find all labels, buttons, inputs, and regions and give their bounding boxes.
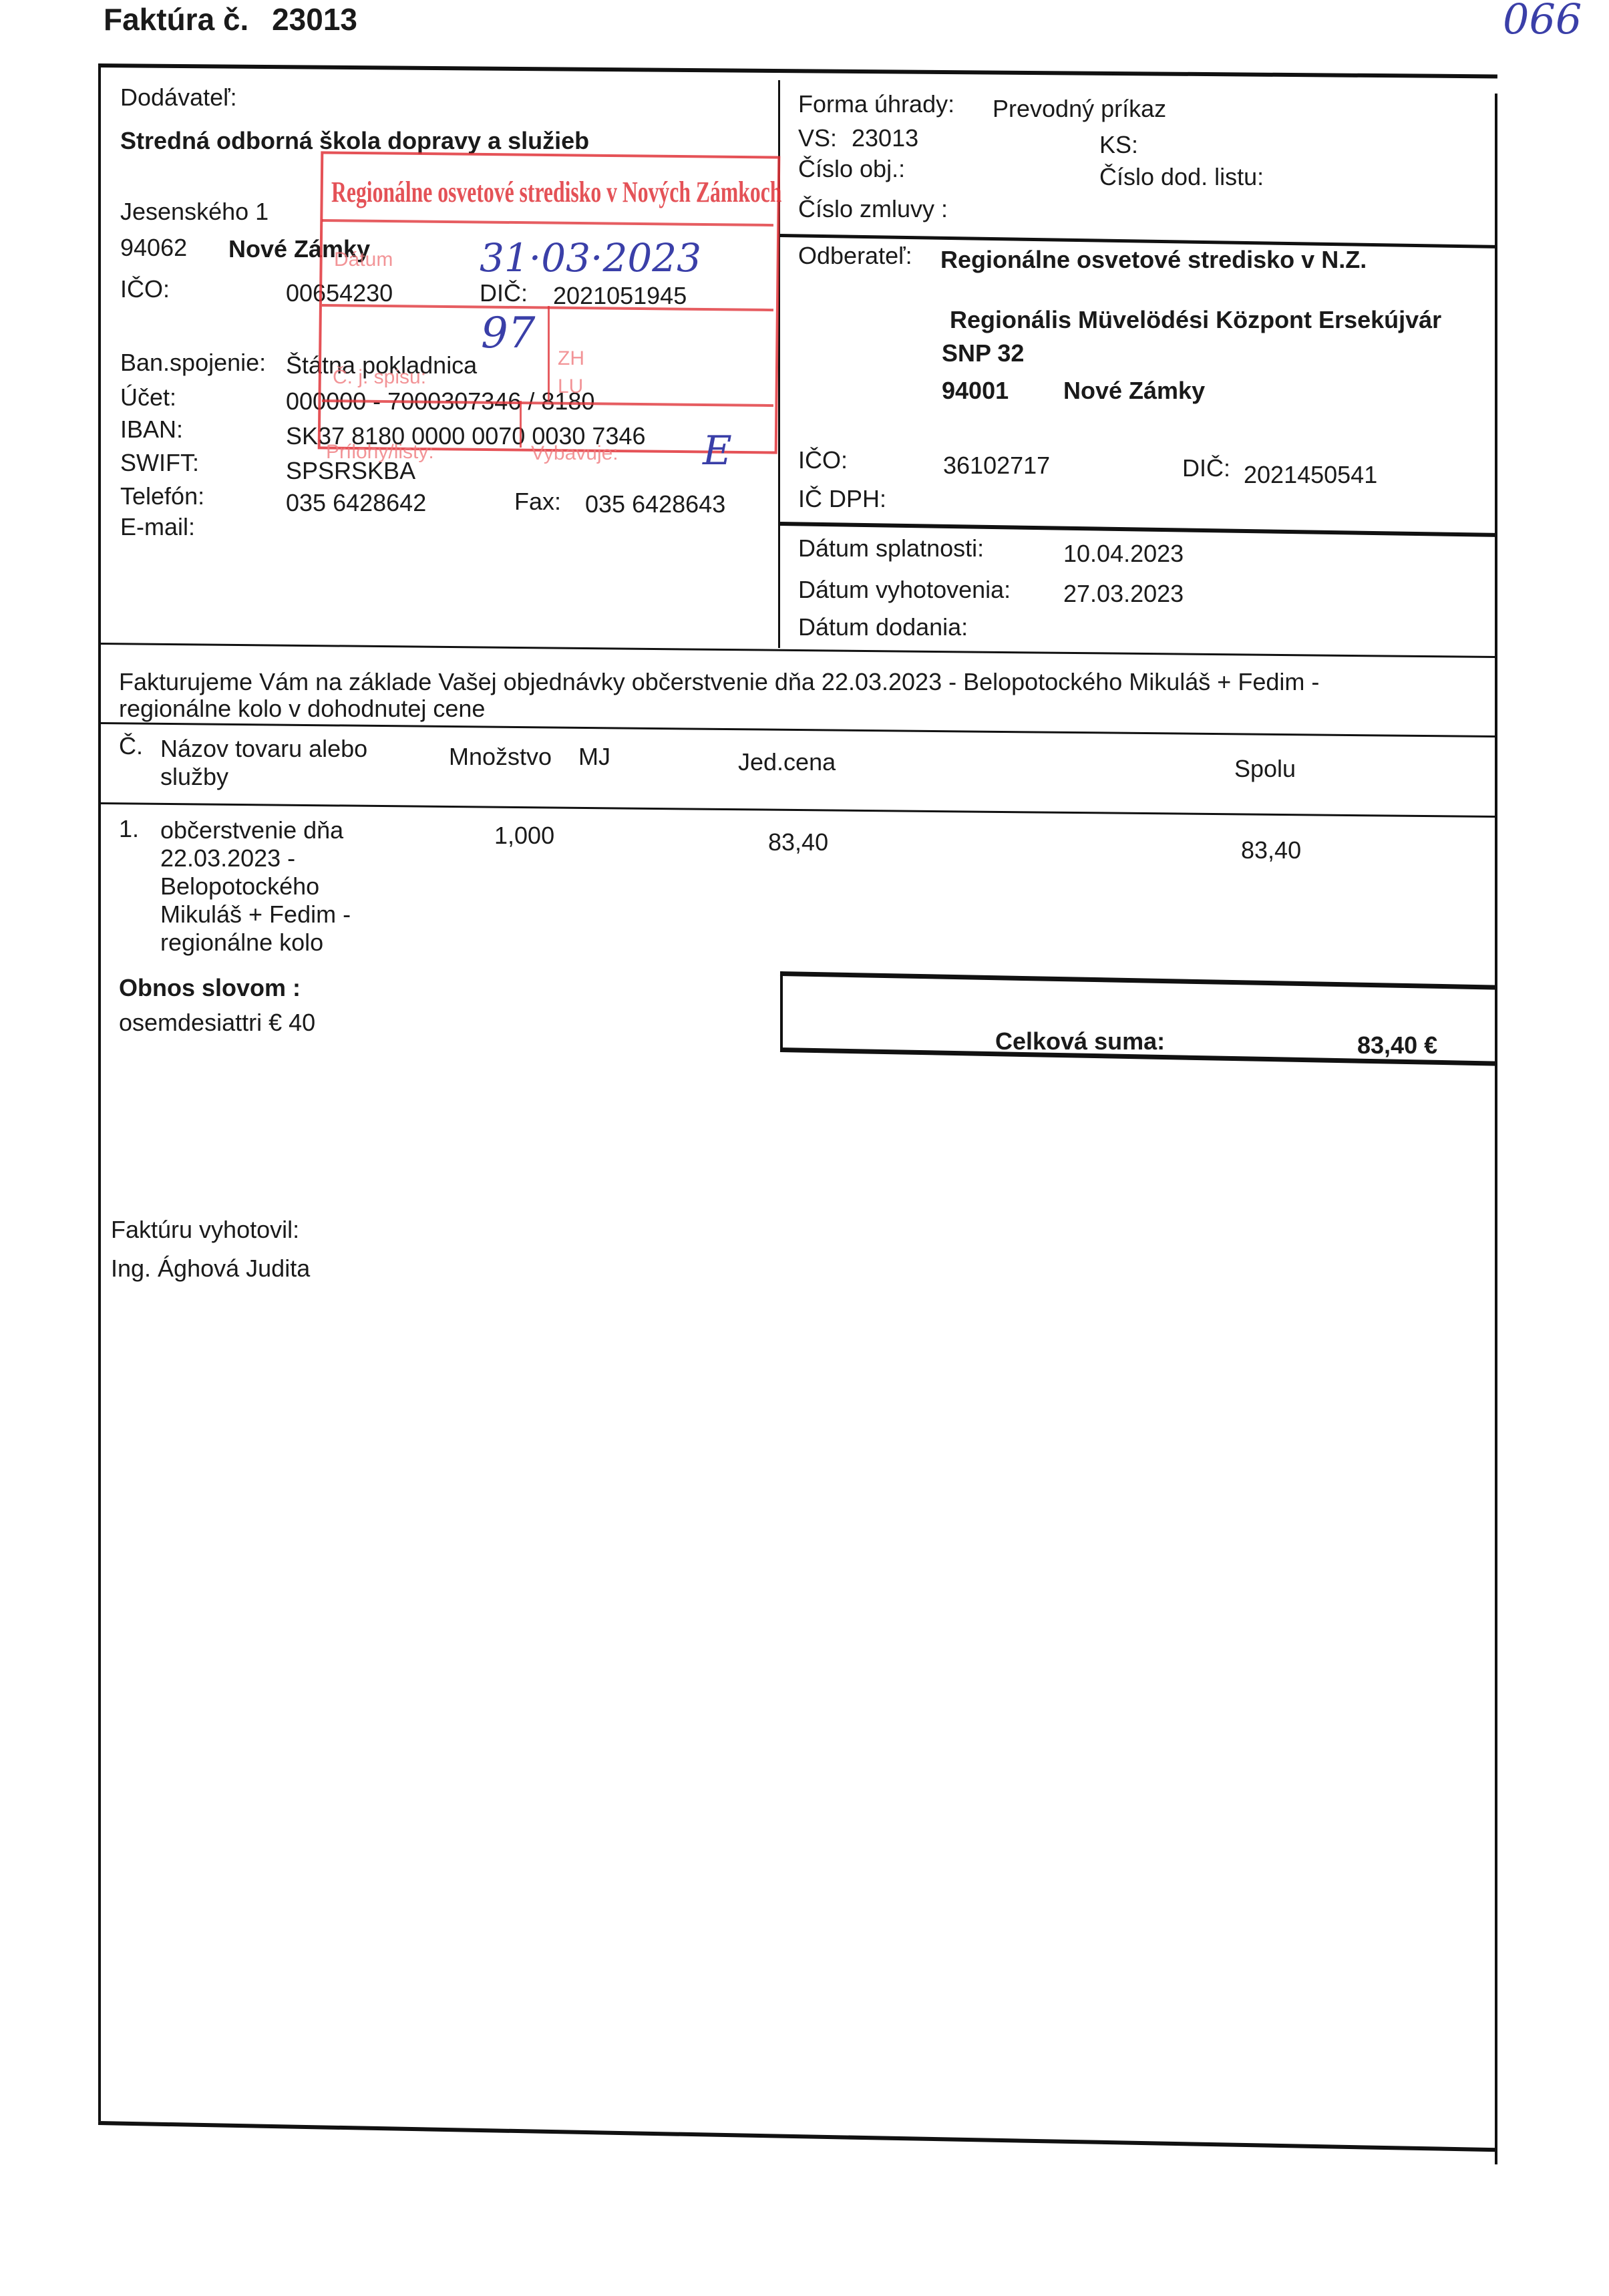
- col-no-header: Č.: [119, 732, 143, 760]
- customer-name: Regionálne osvetové stredisko v N.Z.: [940, 246, 1367, 274]
- frame-left-border: [98, 63, 101, 2121]
- col-name-header-line2: služby: [160, 763, 228, 791]
- handwritten-page-number: 066: [1503, 0, 1582, 43]
- stamp-zh-label: ZH: [558, 347, 584, 370]
- due-date-label: Dátum splatnosti:: [798, 534, 984, 562]
- bank-label: Ban.spojenie:: [120, 349, 266, 377]
- supplier-street: Jesenského 1: [120, 198, 269, 226]
- customer-name-hu: Regionális Müvelödési Központ Ersekújvár: [950, 306, 1441, 334]
- stamp-header: Regionálne osvetové stredisko v Nových Z…: [331, 175, 781, 209]
- vs-value: 23013: [852, 124, 918, 152]
- row-name-line: občerstvenie dňa: [160, 816, 343, 844]
- total-label: Celková suma:: [995, 1027, 1165, 1055]
- customer-city: Nové Zámky: [1063, 377, 1205, 405]
- row-name-line: Belopotockého: [160, 872, 319, 900]
- stamp-date-label: Dátum: [334, 249, 393, 271]
- supplier-ico-label: IČO:: [120, 275, 170, 303]
- stamp-handler-handwritten: E: [703, 428, 732, 474]
- issued-by-label: Faktúru vyhotovil:: [111, 1216, 299, 1244]
- issue-date-label: Dátum vyhotovenia:: [798, 576, 1011, 604]
- ks-label: KS:: [1099, 131, 1138, 159]
- intro-line-1: Fakturujeme Vám na základe Vašej objedná…: [119, 668, 1319, 696]
- customer-label: Odberateľ:: [798, 242, 912, 270]
- customer-icdph-label: IČ DPH:: [798, 485, 886, 513]
- stamp-vdivider-2: [520, 401, 522, 448]
- customer-zip: 94001: [942, 377, 1009, 405]
- customer-dic: 2021450541: [1244, 461, 1377, 489]
- frame-top-border: [98, 63, 1497, 78]
- fax-value: 035 6428643: [585, 490, 725, 518]
- customer-ico: 36102717: [943, 452, 1050, 480]
- col-unit-price-header: Jed.cena: [738, 748, 836, 776]
- payment-method-label: Forma úhrady:: [798, 90, 954, 118]
- stamp-file-label: Č. j. spisu:: [333, 366, 426, 389]
- due-date: 10.04.2023: [1063, 540, 1184, 568]
- col-total-header: Spolu: [1234, 755, 1296, 783]
- frame-bottom-border: [98, 2121, 1497, 2152]
- stamp-vdivider-1: [548, 306, 550, 401]
- row-no: 1.: [119, 815, 139, 843]
- fax-label: Fax:: [514, 488, 561, 516]
- invoice-title: Faktúra č. 23013: [104, 1, 357, 37]
- delivery-date-label: Dátum dodania:: [798, 613, 968, 641]
- vs-label: VS:: [798, 124, 837, 152]
- supplier-label: Dodávateľ:: [120, 84, 237, 112]
- row-qty: 1,000: [494, 822, 554, 850]
- stamp-handler-label: Vybavuje:: [531, 442, 618, 465]
- stamp-attachments-label: Prílohy/listy:: [326, 441, 434, 464]
- payment-method: Prevodný príkaz: [993, 95, 1166, 123]
- issued-by-name: Ing. Ághová Judita: [111, 1255, 310, 1283]
- row-name-line: 22.03.2023 -: [160, 844, 295, 872]
- stamp-file-handwritten: 97: [481, 309, 535, 358]
- col-unit-header: MJ: [578, 743, 610, 771]
- amount-in-words-value: osemdesiattri € 40: [119, 1009, 315, 1037]
- frame-right-border: [1495, 94, 1497, 2164]
- email-label: E-mail:: [120, 513, 195, 541]
- customer-dic-label: DIČ:: [1182, 454, 1230, 482]
- intro-top-border: [100, 643, 1496, 658]
- contract-number-label: Číslo zmluvy :: [798, 195, 948, 223]
- iban-label: IBAN:: [120, 416, 183, 444]
- stamp-lu-label: LU: [558, 375, 583, 398]
- customer-ico-label: IČO:: [798, 446, 848, 474]
- supplier-zip: 94062: [120, 234, 187, 262]
- invoice-title-label: Faktúra č.: [104, 2, 248, 37]
- row-name-line: regionálne kolo: [160, 929, 323, 957]
- supplier-name: Stredná odborná škola dopravy a služieb: [120, 127, 589, 155]
- phone-label: Telefón:: [120, 482, 204, 510]
- phone-value: 035 6428642: [286, 489, 426, 517]
- row-unit-price: 83,40: [768, 828, 828, 856]
- customer-street: SNP 32: [942, 339, 1024, 367]
- stamp-date-handwritten: 31·03·2023: [480, 235, 701, 281]
- table-header-bottom-border: [100, 802, 1496, 818]
- total-value: 83,40 €: [1357, 1031, 1437, 1059]
- intro-line-2: regionálne kolo v dohodnutej cene: [119, 695, 485, 723]
- issue-date: 27.03.2023: [1063, 580, 1184, 608]
- row-name-line: Mikuláš + Fedim -: [160, 900, 351, 929]
- delivery-note-label: Číslo dod. listu:: [1099, 163, 1264, 191]
- account-label: Účet:: [120, 383, 176, 412]
- amount-in-words-label: Obnos slovom :: [119, 974, 301, 1002]
- total-box-top: [780, 971, 1496, 990]
- total-box-left: [780, 971, 783, 1049]
- invoice-number: 23013: [272, 2, 357, 37]
- col-name-header-line1: Názov tovaru alebo: [160, 735, 367, 763]
- row-total: 83,40: [1241, 836, 1301, 864]
- col-qty-header: Množstvo: [449, 743, 552, 771]
- order-number-label: Číslo obj.:: [798, 155, 905, 183]
- swift-label: SWIFT:: [120, 449, 199, 477]
